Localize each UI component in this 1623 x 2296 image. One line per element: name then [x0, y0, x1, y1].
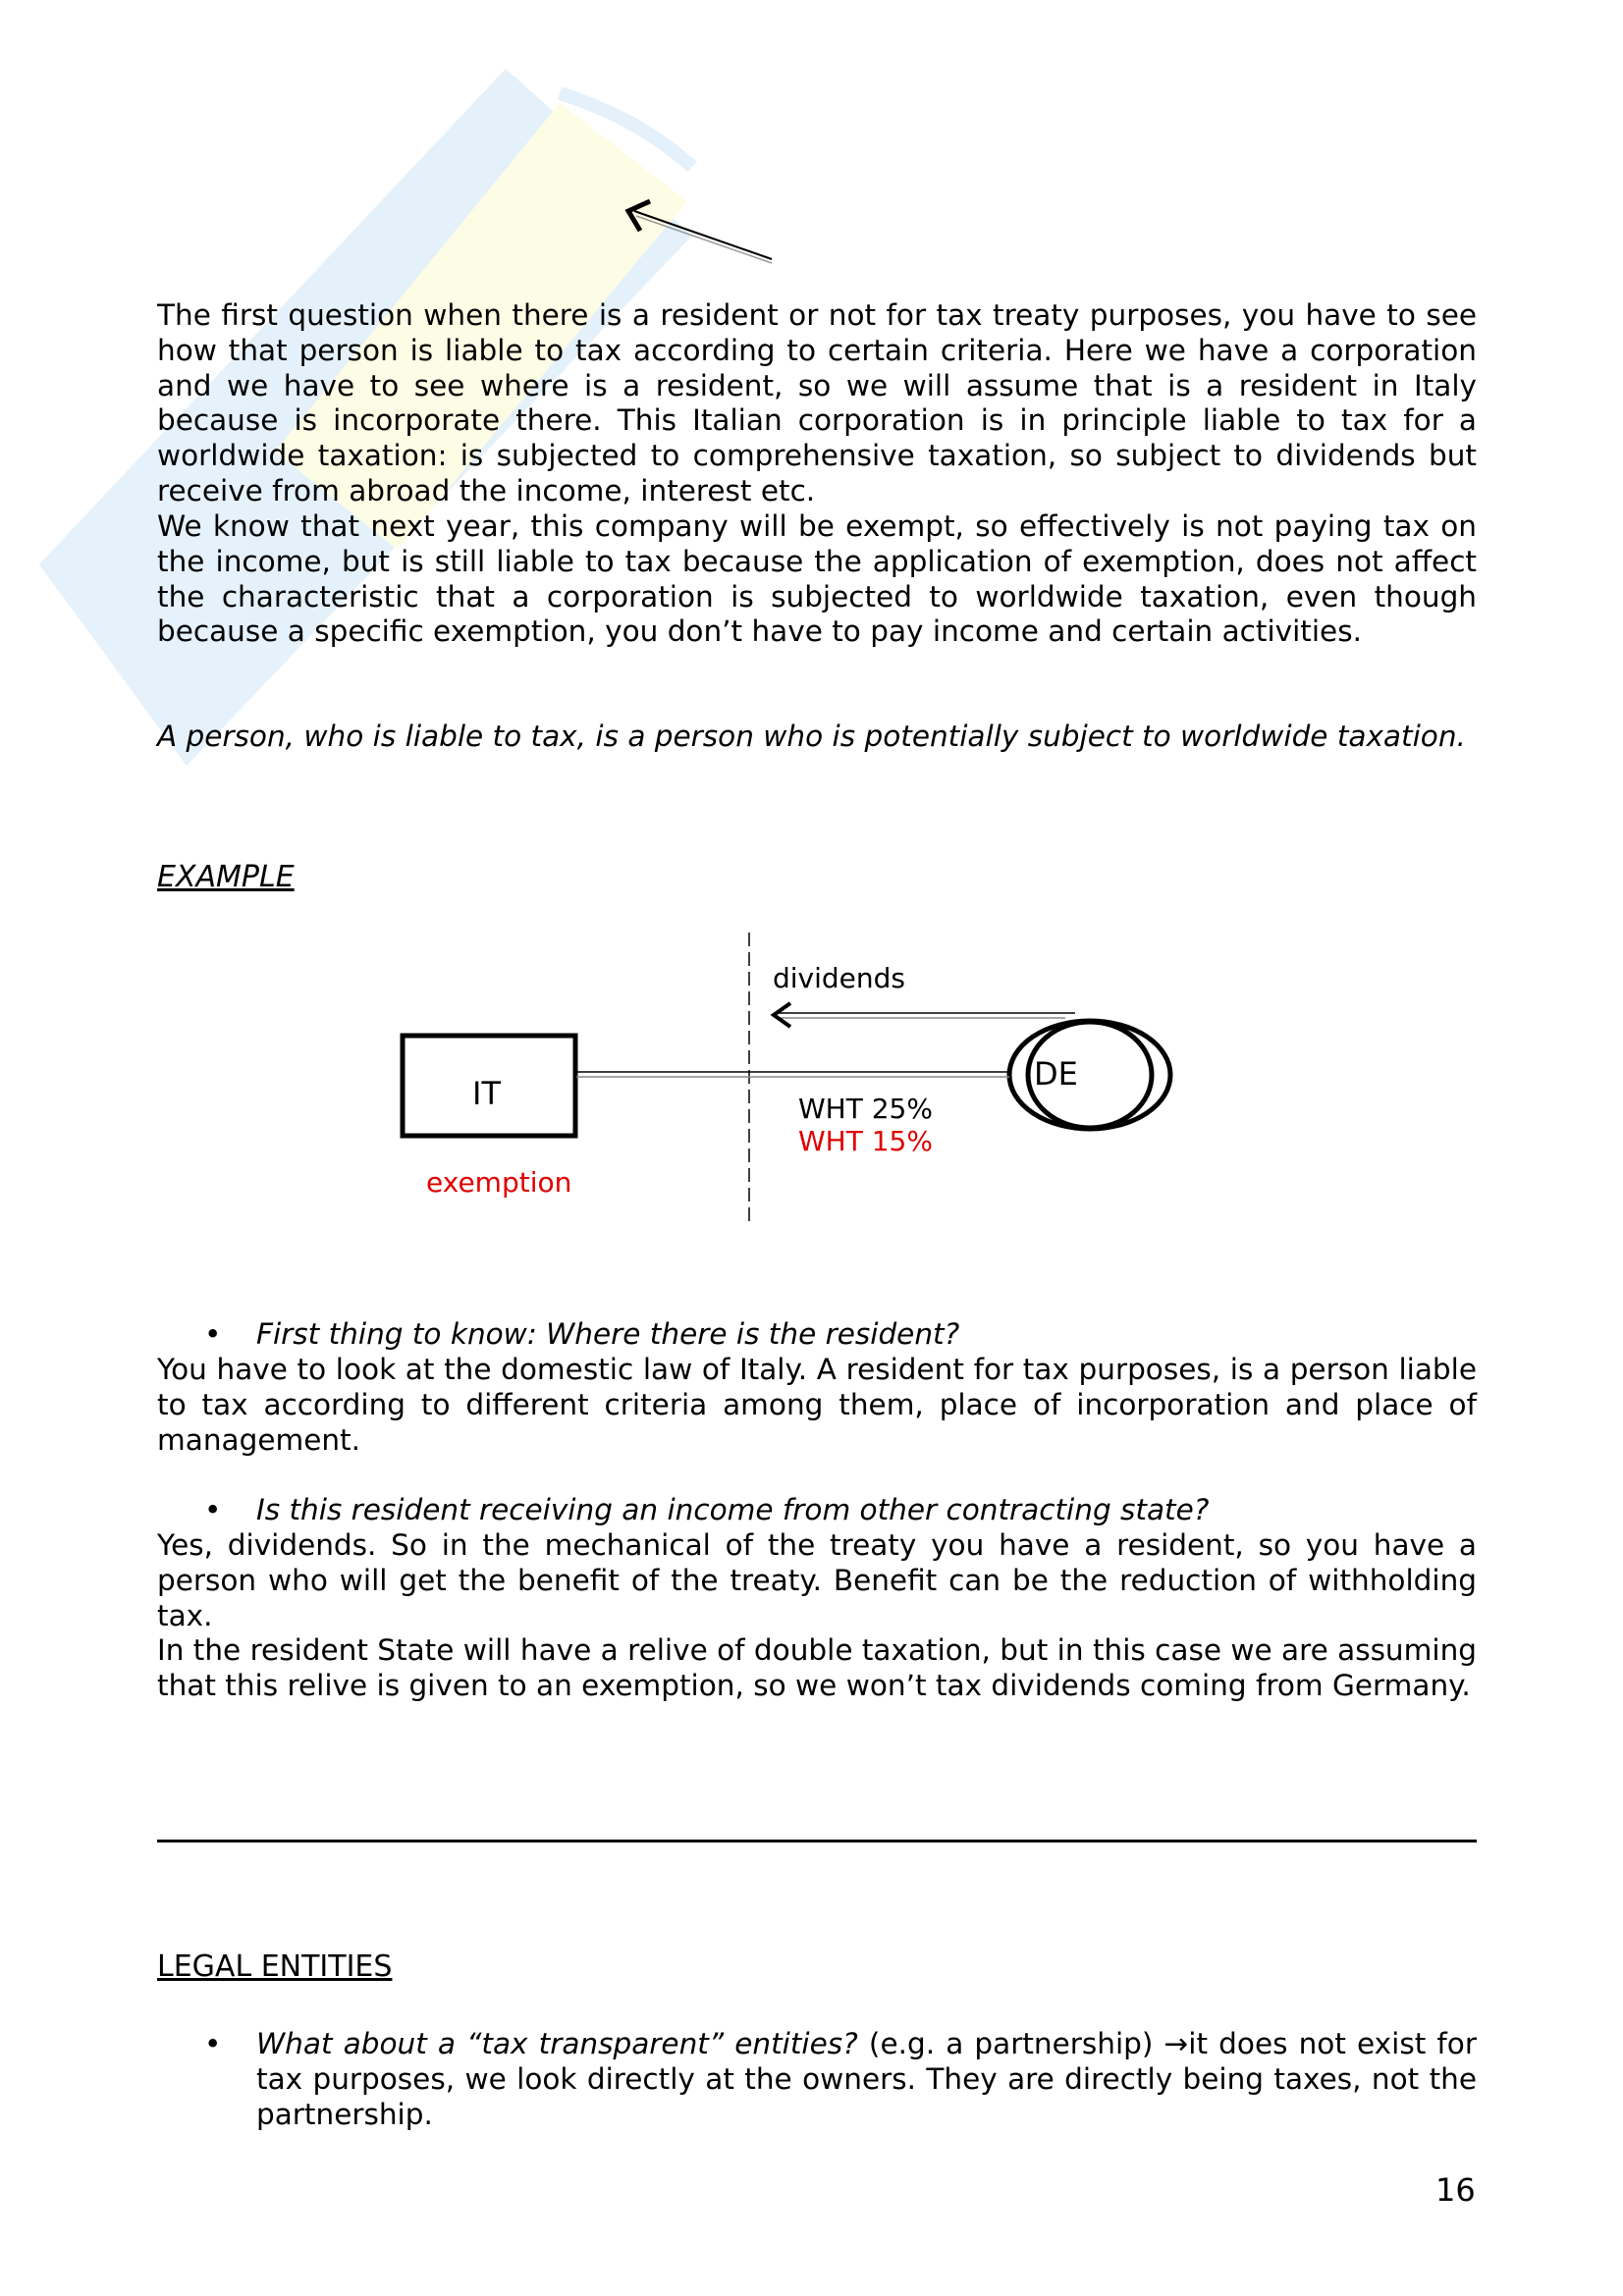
legal-entities-heading: LEGAL ENTITIES	[157, 1949, 392, 1984]
definition-liable-to-tax: A person, who is liable to tax, is a per…	[157, 720, 1477, 755]
bullet-icon: •	[204, 1492, 221, 1527]
page-number: 16	[1435, 2171, 1476, 2209]
answer-residence: You have to look at the domestic law of …	[157, 1353, 1477, 1458]
paragraph-exemption: We know that next year, this company wil…	[157, 509, 1477, 650]
answer-income: Yes, dividends. So in the mechanical of …	[157, 1528, 1477, 1633]
it-entity-label: IT	[472, 1075, 501, 1112]
dividends-label: dividends	[773, 962, 905, 994]
answer-double-taxation-relief: In the resident State will have a relive…	[157, 1633, 1477, 1704]
exemption-label: exemption	[426, 1166, 571, 1199]
tax-transparent-question: What about a “tax transparent” entities?	[256, 2027, 858, 2060]
section-divider	[157, 1840, 1477, 1842]
partnership-note: (e.g. a partnership)	[858, 2027, 1164, 2060]
de-entity-label: DE	[1034, 1055, 1078, 1093]
paragraph-residence-intro: The first question when there is a resid…	[157, 298, 1477, 509]
arrow-right-icon: →	[1164, 2027, 1189, 2060]
example-heading: EXAMPLE	[157, 860, 295, 894]
wht-treaty-label: WHT 15%	[798, 1125, 933, 1157]
wht-domestic-label: WHT 25%	[798, 1093, 933, 1125]
bullet-icon: •	[204, 2026, 221, 2061]
legal-entities-text: What about a “tax transparent” entities?…	[256, 2026, 1477, 2132]
question-text: Is this resident receiving an income fro…	[256, 1492, 1477, 1527]
bullet-icon: •	[204, 1316, 221, 1352]
question-text: First thing to know: Where there is the …	[256, 1316, 1477, 1352]
